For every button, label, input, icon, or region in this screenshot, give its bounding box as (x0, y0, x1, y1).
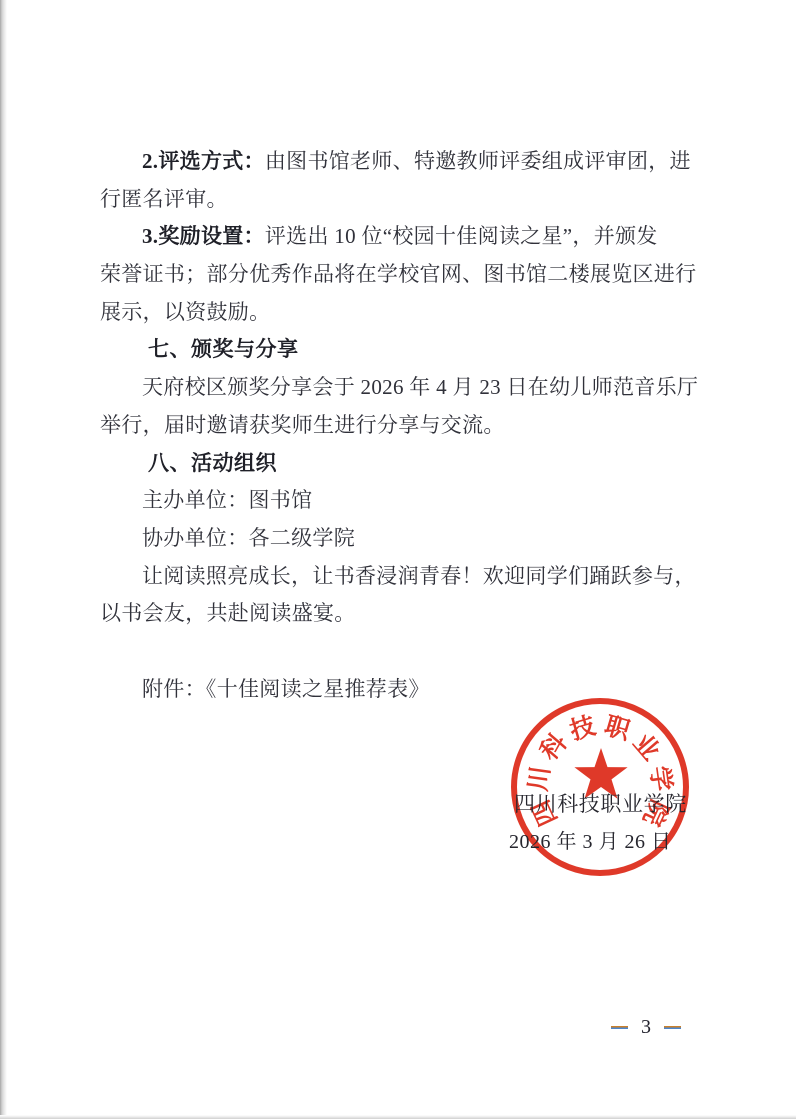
text-line: 八、活动组织 (100, 445, 696, 483)
text-run: 评选出 10 位“校园十佳阅读之星”，并颁发 (265, 224, 658, 248)
text-run: 附件：《十佳阅读之星推荐表》 (142, 677, 430, 701)
text-line: 荣誉证书；部分优秀作品将在学校官网、图书馆二楼展览区进行 (100, 256, 696, 294)
document-page: 2.评选方式：由图书馆老师、特邀教师评委组成评审团，进行匿名评审。3.奖励设置：… (0, 0, 796, 1119)
text-run: 展示，以资鼓励。 (100, 300, 270, 324)
text-line: 协办单位：各二级学院 (100, 520, 696, 558)
seal-character: 业 (627, 729, 665, 766)
text-run-bold: 2.评选方式： (142, 149, 265, 173)
text-run: 以书会友，共赴阅读盛宴。 (100, 601, 356, 625)
seal-character: 科 (535, 728, 573, 766)
text-line: 让阅读照亮成长，让书香浸润青春！欢迎同学们踊跃参与， (100, 558, 696, 596)
text-run: 由图书馆老师、特邀教师评委组成评审团，进 (265, 149, 691, 173)
text-run-bold: 八、活动组织 (148, 452, 277, 475)
seal-character: 学 (645, 764, 676, 793)
text-line: 行匿名评审。 (100, 181, 696, 219)
text-run: 举行，届时邀请获奖师生进行分享与交流。 (100, 413, 505, 437)
scan-edge-bottom (0, 1115, 796, 1119)
text-run-bold: 七、颁奖与分享 (148, 338, 299, 361)
text-line: 展示，以资鼓励。 (100, 294, 696, 332)
text-run-bold: 3.奖励设置： (142, 224, 265, 248)
text-line: 3.奖励设置：评选出 10 位“校园十佳阅读之星”，并颁发 (100, 218, 696, 256)
text-line: 七、颁奖与分享 (100, 331, 696, 369)
signature-organization: 四川科技职业学院 (514, 791, 687, 817)
text-run: 协办单位：各二级学院 (142, 526, 355, 550)
page-number-dash-left (611, 1026, 628, 1029)
text-line: 以书会友，共赴阅读盛宴。 (100, 595, 696, 633)
text-line: 主办单位：图书馆 (100, 482, 696, 520)
text-run: 让阅读照亮成长，让书香浸润青春！欢迎同学们踊跃参与， (142, 564, 696, 588)
text-run: 行匿名评审。 (100, 187, 228, 211)
text-line: 2.评选方式：由图书馆老师、特邀教师评委组成评审团，进 (100, 143, 696, 181)
page-number: 3 (596, 1012, 696, 1042)
seal-character: 职 (601, 712, 634, 746)
scan-edge-left (0, 0, 7, 1119)
document-body: 2.评选方式：由图书馆老师、特邀教师评委组成评审团，进行匿名评审。3.奖励设置：… (100, 143, 696, 708)
seal-character: 技 (567, 712, 599, 746)
text-line: 天府校区颁奖分享会于 2026 年 4 月 23 日在幼儿师范音乐厅 (100, 369, 696, 407)
text-line: 举行，届时邀请获奖师生进行分享与交流。 (100, 407, 696, 445)
page-number-dash-right (664, 1026, 681, 1029)
text-run: 主办单位：图书馆 (142, 488, 312, 512)
page-number-value: 3 (641, 1017, 651, 1037)
seal-character: 川 (525, 764, 555, 792)
signature-date: 2026 年 3 月 26 日 (509, 829, 672, 855)
text-run: 天府校区颁奖分享会于 2026 年 4 月 23 日在幼儿师范音乐厅 (142, 375, 698, 399)
text-run: 荣誉证书；部分优秀作品将在学校官网、图书馆二楼展览区进行 (100, 262, 696, 286)
